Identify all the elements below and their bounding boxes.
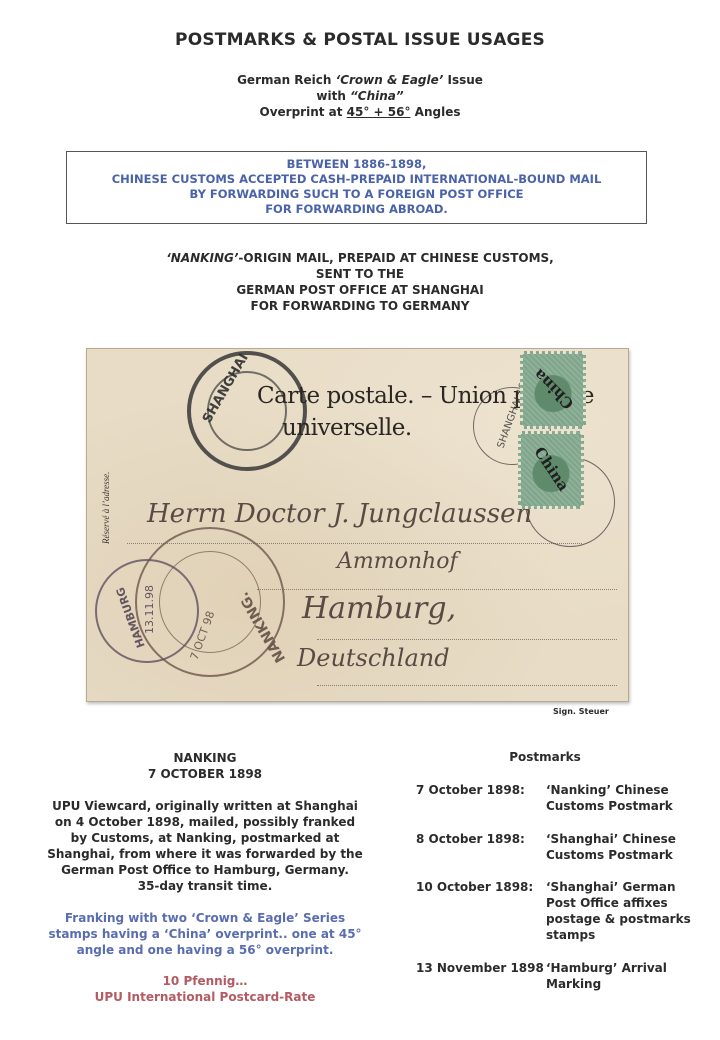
stamp-china-overprint-45: China (520, 351, 586, 429)
rate-note: 10 Pfennig… UPU International Postcard-R… (40, 973, 370, 1005)
postmark-date: 8 October 1898: (416, 831, 546, 863)
address-line (317, 639, 617, 640)
description-line: on 4 October 1898, mailed, possibly fran… (40, 814, 370, 830)
handwritten-city: Hamburg, (302, 591, 456, 626)
desc-line: Marking (546, 976, 696, 992)
subtitle-italic: ‘Crown & Eagle’ (336, 73, 444, 87)
cover-description: UPU Viewcard, originally written at Shan… (40, 798, 370, 894)
postmark-desc: ‘Hamburg’ Arrival Marking (546, 960, 696, 992)
reserved-note: Réservé à l’adresse. (101, 472, 111, 544)
franking-note: Franking with two ‘Crown & Eagle’ Series… (40, 910, 370, 958)
origin-italic: ‘NANKING’ (166, 251, 238, 265)
handwritten-country: Deutschland (297, 644, 450, 672)
postmark-date: 13 November 1898 (416, 960, 546, 992)
issue-subtitle: German Reich ‘Crown & Eagle’ Issue with … (0, 72, 720, 120)
overprint-text: China (530, 365, 577, 412)
cover-origin: NANKING (40, 750, 370, 766)
postmark-entry: 8 October 1898: ‘Shanghai’ Chinese Custo… (416, 831, 706, 863)
subtitle-text: Issue (443, 73, 483, 87)
note-line: CHINESE CUSTOMS ACCEPTED CASH-PREPAID IN… (67, 172, 646, 187)
subtitle-text: Angles (410, 105, 460, 119)
desc-line: ‘Shanghai’ German (546, 879, 696, 895)
address-line (317, 685, 617, 686)
description-line: UPU Viewcard, originally written at Shan… (40, 798, 370, 814)
postmark-date: 10 October 1898: (416, 879, 546, 943)
subtitle-text: Overprint at (260, 105, 347, 119)
franking-line: angle and one having a 56° overprint. (40, 942, 370, 958)
desc-line: stamps (546, 927, 696, 943)
note-line: BETWEEN 1886-1898, (67, 157, 646, 172)
overprint-text: China (530, 444, 572, 495)
angles-underlined: 45° + 56° (347, 105, 411, 119)
postmark-desc: ‘Shanghai’ Chinese Customs Postmark (546, 831, 696, 863)
stamp-china-overprint-56: China (518, 431, 584, 509)
postmark-entry: 10 October 1898: ‘Shanghai’ German Post … (416, 879, 706, 943)
description-line: by Customs, at Nanking, postmarked at (40, 830, 370, 846)
desc-line: ‘Shanghai’ Chinese (546, 831, 696, 847)
note-line: BY FORWARDING SUCH TO A FOREIGN POST OFF… (67, 187, 646, 202)
franking-line: Franking with two ‘Crown & Eagle’ Series (40, 910, 370, 926)
origin-line-2: SENT TO THE (0, 266, 720, 282)
history-note-box: BETWEEN 1886-1898, CHINESE CUSTOMS ACCEP… (66, 151, 647, 224)
desc-line: Post Office affixes (546, 895, 696, 911)
page-title: POSTMARKS & POSTAL ISSUE USAGES (0, 30, 720, 50)
subtitle-line-3: Overprint at 45° + 56° Angles (0, 104, 720, 120)
handwritten-street: Ammonhof (337, 549, 458, 574)
postmark-entry: 7 October 1898: ‘Nanking’ Chinese Custom… (416, 782, 706, 814)
postcard-printed-subtitle: universelle. (282, 415, 412, 441)
desc-line: ‘Hamburg’ Arrival (546, 960, 696, 976)
shanghai-customs-postmark: SHANGHAI (187, 351, 307, 471)
description-line: Shanghai, from where it was forwarded by… (40, 846, 370, 862)
origin-line-1: ‘NANKING’-ORIGIN MAIL, PREPAID AT CHINES… (0, 250, 720, 266)
subtitle-text: German Reich (237, 73, 336, 87)
subtitle-text: with (316, 89, 350, 103)
desc-line: postage & postmarks (546, 911, 696, 927)
franking-line: stamps having a ‘China’ overprint.. one … (40, 926, 370, 942)
postmark-date-text: 13.11.98 (143, 585, 156, 634)
description-line: German Post Office to Hamburg, Germany. (40, 862, 370, 878)
note-line: FOR FORWARDING ABROAD. (67, 202, 646, 217)
cover-heading: NANKING 7 OCTOBER 1898 (40, 750, 370, 782)
expertizer-signature: Sign. Steuer (553, 707, 609, 716)
subtitle-line-2: with “China” (0, 88, 720, 104)
hamburg-arrival-postmark: HAMBURG 13.11.98 (95, 559, 199, 663)
cover-date: 7 OCTOBER 1898 (40, 766, 370, 782)
postmark-desc: ‘Shanghai’ German Post Office affixes po… (546, 879, 696, 943)
desc-line: Customs Postmark (546, 847, 696, 863)
origin-line-3: GERMAN POST OFFICE AT SHANGHAI (0, 282, 720, 298)
postmarks-heading: Postmarks (400, 750, 690, 764)
desc-line: Customs Postmark (546, 798, 696, 814)
address-line (257, 589, 617, 590)
origin-heading: ‘NANKING’-ORIGIN MAIL, PREPAID AT CHINES… (0, 250, 720, 314)
postmark-date: 7 October 1898: (416, 782, 546, 814)
description-line: 35-day transit time. (40, 878, 370, 894)
subtitle-line-1: German Reich ‘Crown & Eagle’ Issue (0, 72, 720, 88)
rate-line: UPU International Postcard-Rate (40, 989, 370, 1005)
postmark-desc: ‘Nanking’ Chinese Customs Postmark (546, 782, 696, 814)
handwritten-addressee: Herrn Doctor J. Jungclaussen (147, 499, 532, 529)
origin-line-4: FOR FORWARDING TO GERMANY (0, 298, 720, 314)
postmark-entry: 13 November 1898 ‘Hamburg’ Arrival Marki… (416, 960, 706, 992)
origin-text: -ORIGIN MAIL, PREPAID AT CHINESE CUSTOMS… (238, 251, 553, 265)
subtitle-italic: “China” (350, 89, 404, 103)
desc-line: ‘Nanking’ Chinese (546, 782, 696, 798)
rate-line: 10 Pfennig… (40, 973, 370, 989)
postcard-image: SHANGHAI Carte postale. – Union postale … (86, 348, 629, 702)
